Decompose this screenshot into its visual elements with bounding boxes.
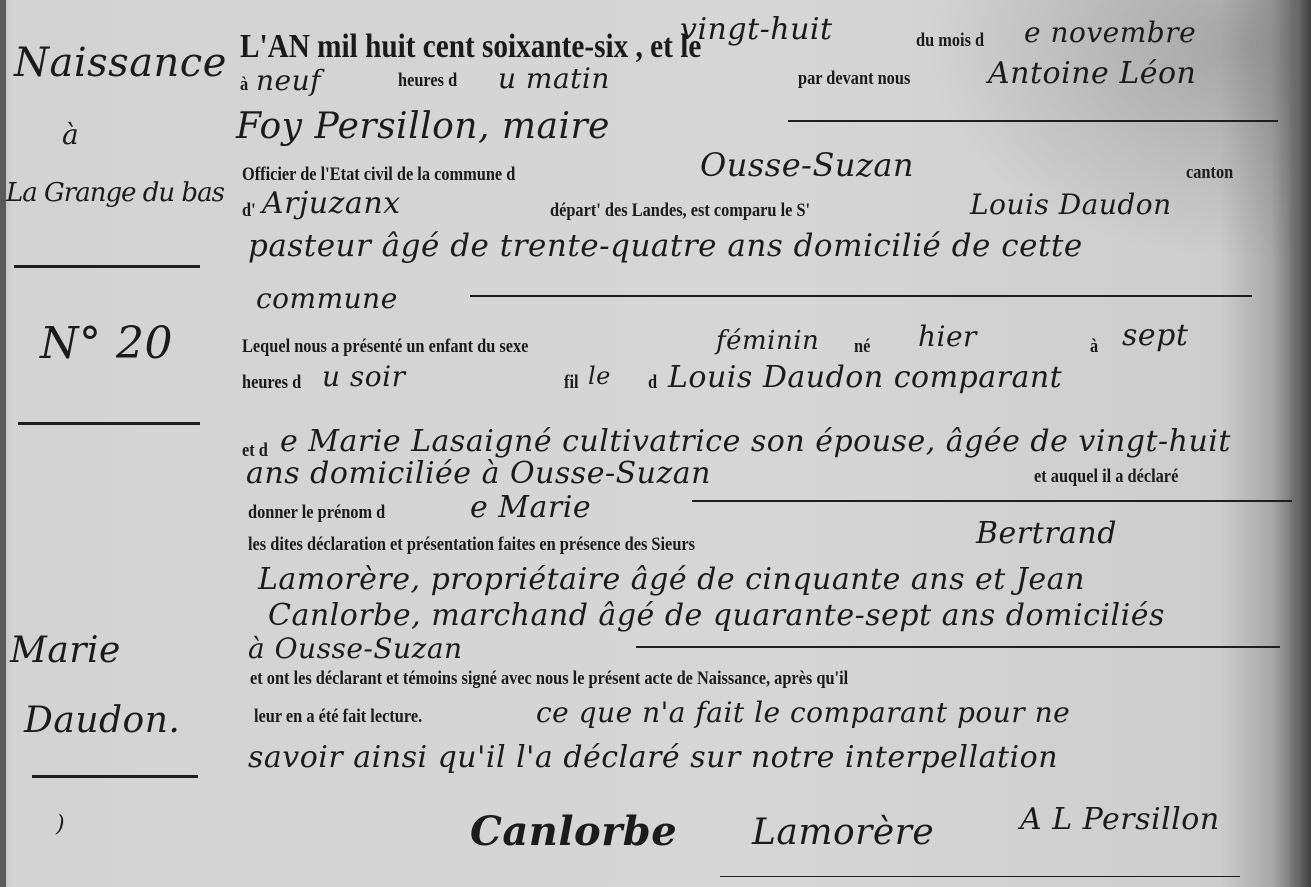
printed-text: né [854,336,870,358]
handwritten-canton: Arjuzanx [262,186,401,221]
printed-text: L'AN mil huit cent soixante-six , et le [240,28,701,66]
margin-title-naissance: Naissance [14,40,227,86]
handwritten-birth-hour: sept [1122,318,1188,353]
fill-rule [470,295,1252,297]
margin-rule-1 [14,265,200,268]
handwritten-filiation: le [588,362,611,390]
printed-text: d [648,372,657,394]
handwritten-witness-1: Lamorère, propriétaire âgé de cinquante … [258,562,1085,597]
handwritten-note-continued: savoir ainsi qu'il l'a déclaré sur notre… [248,740,1058,775]
printed-text: à [240,74,248,96]
printed-text: heures d [242,372,301,394]
printed-text: par devant nous [798,68,910,90]
printed-text: et ont les déclarant et témoins signé av… [250,668,848,690]
fill-rule [788,120,1278,122]
page-left-edge [0,0,6,887]
margin-child-last-name: Daudon. [24,700,180,741]
handwritten-witness-2: Canlorbe, marchand âgé de quarante-sept … [268,598,1165,633]
signature-lamorere: Lamorère [752,812,934,853]
margin-rule-2 [18,422,200,425]
handwritten-time-of-day: u soir [322,360,406,393]
printed-text: canton [1186,162,1233,184]
handwritten-hour: neuf [256,64,321,97]
printed-text: donner le prénom d [248,502,385,524]
printed-text: fil [564,372,579,394]
handwritten-declarant-name: Louis Daudon [970,188,1172,221]
fill-rule [692,500,1292,502]
handwritten-witness-1-first: Bertrand [976,516,1117,551]
handwritten-commune: Ousse-Suzan [700,146,914,184]
printed-text: et auquel il a déclaré [1034,466,1178,488]
binding-shadow [1289,0,1311,887]
handwritten-sex: féminin [716,326,819,356]
printed-text: à [1090,336,1098,358]
handwritten-mother-residence: ans domiciliée à Ousse-Suzan [246,456,711,491]
signature-persillon: A L Persillon [1020,802,1220,837]
printed-text: heures d [398,70,457,92]
handwritten-declarant-details: pasteur âgé de trente-quatre ans domicil… [248,228,1083,264]
register-page: Naissance à La Grange du bas N° 20 Marie… [0,0,1311,887]
printed-text: leur en a été fait lecture. [254,706,422,728]
handwritten-commune-word: commune [256,282,398,315]
printed-text: Lequel nous a présenté un enfant du sexe [242,336,528,358]
printed-text: Officier de l'Etat civil de la commune d [242,164,515,186]
margin-title-a: à [62,118,79,151]
printed-text: du mois d [916,30,984,52]
margin-rule-3 [32,775,198,778]
handwritten-father: Louis Daudon comparant [668,360,1062,395]
handwritten-note: ce que n'a fait le comparant pour ne [536,696,1070,729]
printed-text: les dites déclaration et présentation fa… [248,534,695,556]
margin-mark: ) [56,812,65,837]
printed-text: d' [242,200,256,222]
handwritten-given-name: e Marie [470,490,591,525]
entry-number: N° 20 [40,318,173,369]
handwritten-mother: e Marie Lasaigné cultivatrice son épouse… [280,424,1231,459]
handwritten-time-of-day: u matin [498,62,610,95]
margin-child-first-name: Marie [10,630,121,671]
handwritten-officer-surname: Foy Persillon, maire [236,106,610,147]
handwritten-day: vingt-huit [680,12,833,47]
signature-rule [720,876,1240,877]
fill-rule [636,646,1280,648]
handwritten-birth-day: hier [918,320,977,353]
margin-place-name: La Grange du bas [6,178,224,208]
handwritten-witness-residence: à Ousse-Suzan [248,632,463,665]
handwritten-month: e novembre [1024,16,1196,49]
handwritten-officer-name: Antoine Léon [988,56,1196,91]
signature-canlorbe: Canlorbe [470,808,677,855]
printed-text: départ' des Landes, est comparu le S' [550,200,810,222]
